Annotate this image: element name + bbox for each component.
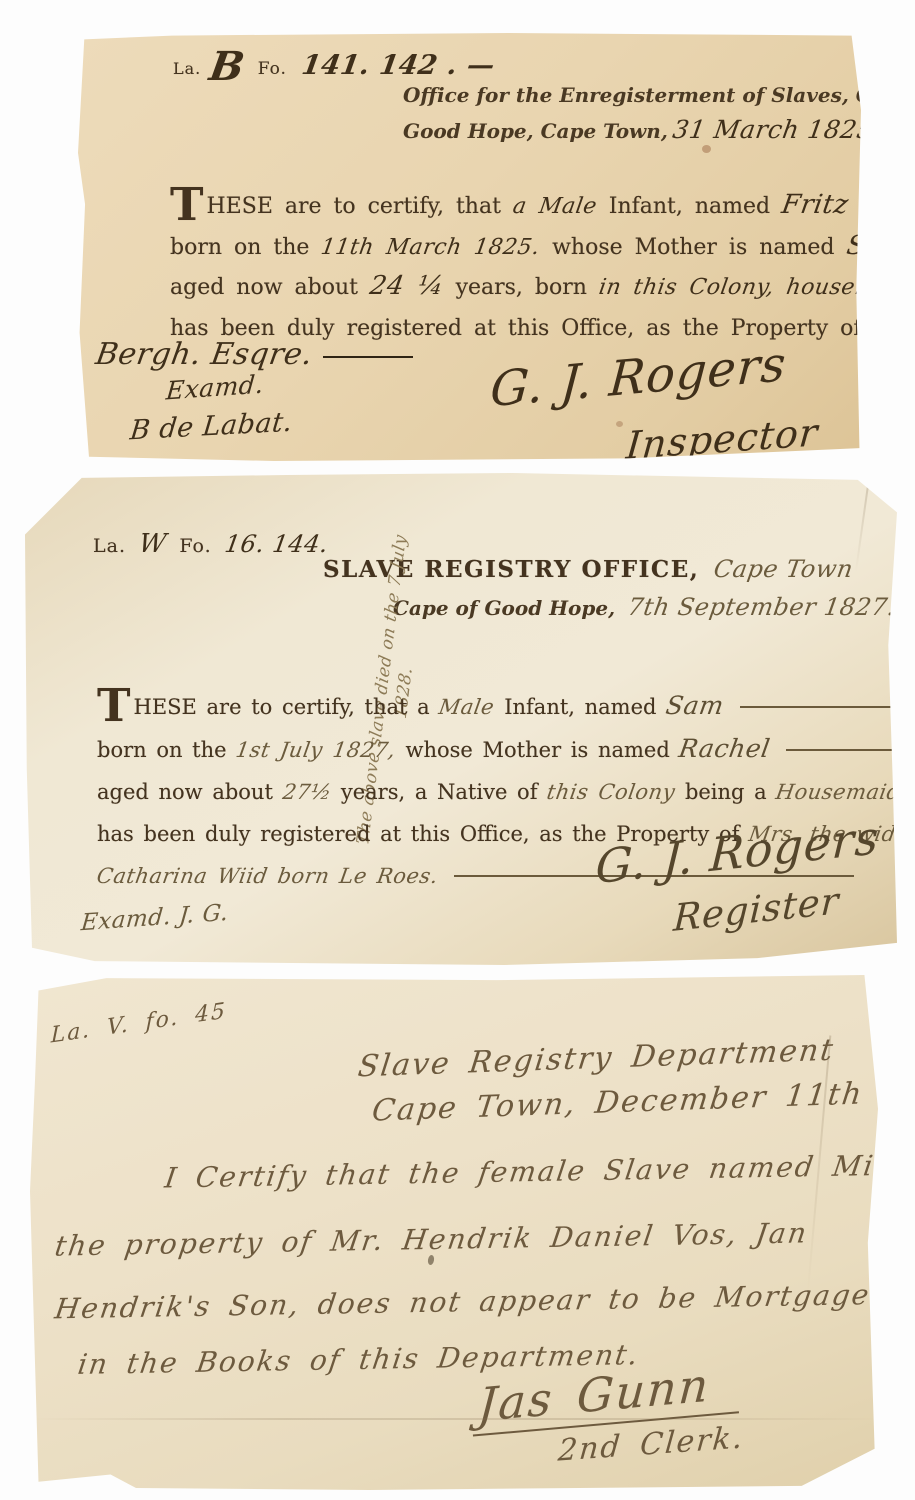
folio-fo-label: Fo. xyxy=(179,535,211,557)
ink-blot xyxy=(427,1255,435,1266)
folio-hand: La. V. fo. 45 xyxy=(51,998,227,1048)
entry-mother-name-hand: Rachel xyxy=(676,728,774,770)
body-print-segment: born on the xyxy=(170,235,309,260)
office-place-hand: Cape Town xyxy=(712,555,855,583)
body-hand-line3: Hendrik's Son, does not appear to be Mor… xyxy=(53,1278,904,1326)
entry-infant-name-hand: Sam xyxy=(663,685,727,727)
registrar-title-hand: Inspector xyxy=(624,410,820,468)
entry-occupation-hand: Housemaid xyxy=(773,771,904,813)
body-line-1: THESE are to certify, that a Male Infant… xyxy=(170,185,860,226)
body-line-2: the property of Mr. Hendrik Daniel Vos, … xyxy=(55,1216,808,1262)
entry-sex-hand: a Male xyxy=(510,187,600,226)
paper-crease xyxy=(855,483,870,572)
body-line-2: born on the 11th March 1825. whose Mothe… xyxy=(170,226,860,267)
body-print-segment: aged now about xyxy=(97,780,273,804)
paper-crease-horizontal xyxy=(30,1418,878,1420)
dropcap-T: T xyxy=(170,178,204,231)
body-print-segment: Infant, named xyxy=(609,194,770,219)
body-line-3: Hendrik's Son, does not appear to be Mor… xyxy=(55,1278,902,1326)
dropcap-T: T xyxy=(97,679,131,732)
body-print-segment: whose Mother is named xyxy=(406,738,670,762)
body-hand-line1: I Certify that the female Slave named Mi… xyxy=(163,1148,915,1194)
entry-origin-hand: this Colony xyxy=(544,771,679,813)
examined-hand: Examd. J. G. xyxy=(80,900,229,937)
entry-owner-firstname-hand: Egbertus xyxy=(870,307,915,346)
ink-rule xyxy=(740,706,915,708)
body-line-3: aged now about 24 ¼ years, born in this … xyxy=(170,267,860,307)
registrar-signature-hand: G. J. Rogers xyxy=(489,336,789,418)
ink-rule xyxy=(786,749,915,751)
examined-note: Examd. xyxy=(165,370,265,406)
entry-owner-surname-hand: Bergh. Esqre. xyxy=(93,337,315,372)
office-heading-line2: Good Hope, Cape Town, xyxy=(403,119,668,143)
body-print-segment: born on the xyxy=(97,738,227,762)
entry-mother-name-hand: Selphie xyxy=(843,226,915,265)
folio-la-label: La. xyxy=(93,535,126,557)
letter-1824-surface: La. V. fo. 45 Slave Registry Department … xyxy=(30,975,878,1490)
certificate-1827-surface: La. W Fo. 16. 144. SLAVE REGISTRY OFFICE… xyxy=(25,473,897,965)
department-heading-line1: Slave Registry Department xyxy=(358,1033,835,1085)
entry-age-hand: 24 ¼ xyxy=(367,267,447,306)
entry-birthdate-hand: 1st July 1827, xyxy=(233,729,399,771)
body-print-segment: Infant, named xyxy=(504,695,656,719)
entry-owner-continued-hand: Catharina Wiid born Le Roes. xyxy=(94,855,442,897)
body-print-segment: HESE are to certify, that xyxy=(207,194,501,219)
body-line-1: THESE are to certify, that a Male Infant… xyxy=(97,685,892,728)
body-print-segment: HESE are to certify, that a xyxy=(134,695,430,719)
folio-reference: La. V. fo. 45 xyxy=(49,999,228,1048)
folio-reference-line: La. W Fo. 16. 144. xyxy=(93,529,328,559)
examined-note: Examd. J. G. xyxy=(80,900,229,936)
folio-la-label: La. xyxy=(173,59,201,78)
office-heading: Office for the Enregisterment of Slaves,… xyxy=(403,79,853,149)
certificate-1825-surface: La. B Fo. 141. 142 . — Office for the En… xyxy=(78,33,861,461)
examiner-signature-hand: B de Labat. xyxy=(128,407,294,447)
body-print-segment: aged now about xyxy=(170,275,358,300)
clerk-title-hand: 2nd Clerk. xyxy=(557,1420,746,1468)
entry-birthdate-hand: 11th March 1825. xyxy=(318,228,543,267)
office-date-hand: 31 March 1825. xyxy=(670,113,884,146)
folio-letter-hand: B xyxy=(207,43,249,90)
examined-hand: Examd. xyxy=(165,369,265,405)
folio-fo-label: Fo. xyxy=(258,59,287,79)
body-line-2: born on the 1st July 1827, whose Mother … xyxy=(97,728,892,771)
certificate-body-text: THESE are to certify, that a Male Infant… xyxy=(170,185,860,348)
clerk-title: 2nd Clerk. xyxy=(557,1421,746,1469)
registrar-title: Inspector xyxy=(625,410,820,467)
ink-dash-rule xyxy=(323,356,413,358)
registrar-signature: G. J. Rogers xyxy=(488,336,789,418)
entry-age-hand: 27½ xyxy=(279,771,334,813)
folio-number-hand: 16. 144. xyxy=(223,530,331,558)
body-print-segment: whose Mother is named xyxy=(552,235,834,260)
folio-letter-hand: W xyxy=(137,529,169,559)
department-name-hand: Slave Registry Department xyxy=(356,1033,837,1085)
body-line-3: aged now about 27½ years, a Native of th… xyxy=(97,771,892,813)
office-heading-line2: Cape of Good Hope, 7th September 1827. xyxy=(393,593,896,621)
office-heading-line1: Office for the Enregisterment of Slaves,… xyxy=(403,83,915,107)
ink-stain xyxy=(616,421,623,427)
certificate-1827-sam: La. W Fo. 16. 144. SLAVE REGISTRY OFFICE… xyxy=(25,473,897,965)
body-print-segment: years, a Native of xyxy=(341,780,538,804)
body-line-1: I Certify that the female Slave named Mi… xyxy=(165,1148,914,1194)
owner-surname-line: Bergh. Esqre. xyxy=(96,337,413,372)
folio-number-hand: 141. 142 . — xyxy=(300,50,498,81)
body-print-segment: being a xyxy=(685,780,767,804)
photograph-of-three-slave-registry-documents: { "doc1": { "folio_la": "La.", "folio_le… xyxy=(0,0,915,1500)
entry-infant-name-hand: Fritz xyxy=(779,185,852,224)
entry-origin-hand: in this Colony, housemaid . xyxy=(596,268,915,307)
body-hand-line2: the property of Mr. Hendrik Daniel Vos, … xyxy=(53,1216,811,1262)
office-title-print: SLAVE REGISTRY OFFICE, xyxy=(323,556,699,583)
body-print-segment: years, born xyxy=(456,275,587,300)
letter-1824-mina: La. V. fo. 45 Slave Registry Department … xyxy=(30,975,878,1490)
office-date-hand: 7th September 1827. xyxy=(626,593,898,621)
examiner-signature: B de Labat. xyxy=(129,407,293,446)
entry-sex-hand: Male xyxy=(436,686,498,728)
certificate-1825-fritz: La. B Fo. 141. 142 . — Office for the En… xyxy=(78,33,861,461)
